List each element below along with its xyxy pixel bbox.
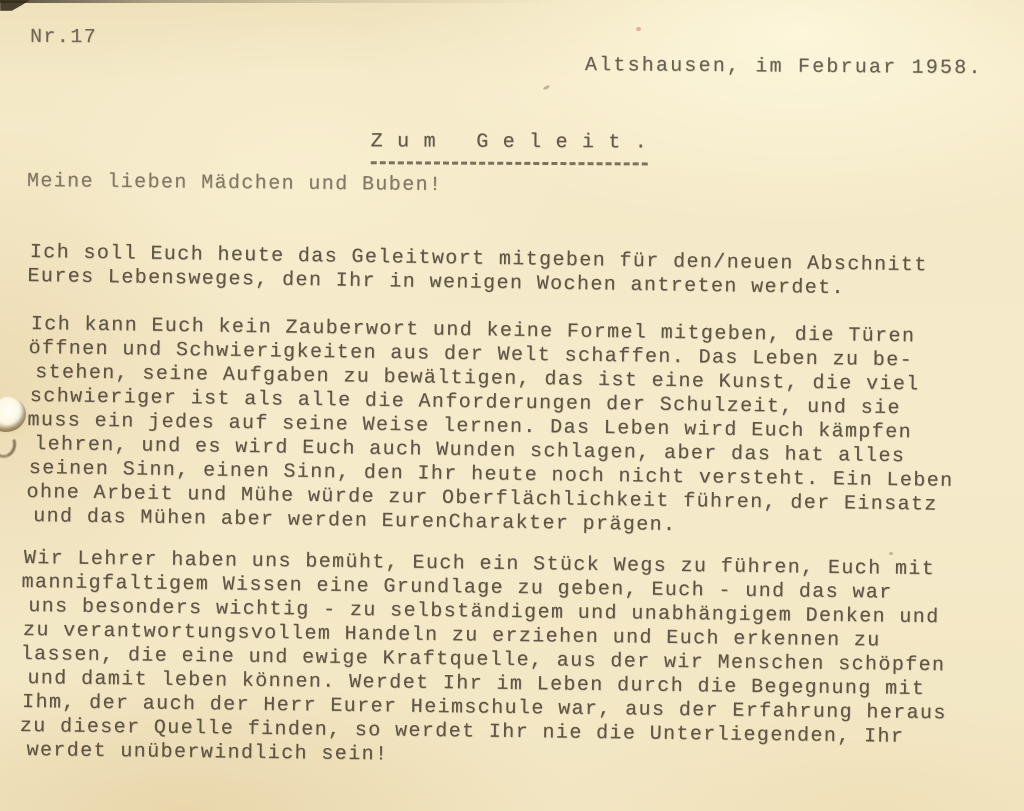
punch-hole — [0, 396, 26, 432]
document-number: Nr.17 — [30, 26, 97, 50]
paragraph-2: Ich kann Euch kein Zauberwort und keine … — [28, 313, 956, 542]
paper-corner-tear — [0, 0, 30, 11]
dateline: Altshausen, im Februar 1958. — [585, 54, 983, 81]
paper-top-edge-shadow — [0, 0, 620, 3]
punch-hole-shadow — [0, 429, 20, 462]
salutation: Meine lieben Mädchen und Buben! — [27, 170, 443, 198]
paper-speck — [636, 27, 641, 31]
paragraph-1: Ich soll Euch heute das Geleitwort mitge… — [29, 241, 928, 302]
document-title-text: Z u m G e l e i t . — [371, 130, 648, 165]
paper-speck — [889, 552, 893, 555]
paragraph-3: Wir Lehrer haben uns bemüht, Euch ein St… — [21, 547, 948, 774]
paper-speck — [543, 85, 551, 91]
scanned-letter-page: Nr.17 Altshausen, im Februar 1958. Z u m… — [0, 0, 1024, 811]
